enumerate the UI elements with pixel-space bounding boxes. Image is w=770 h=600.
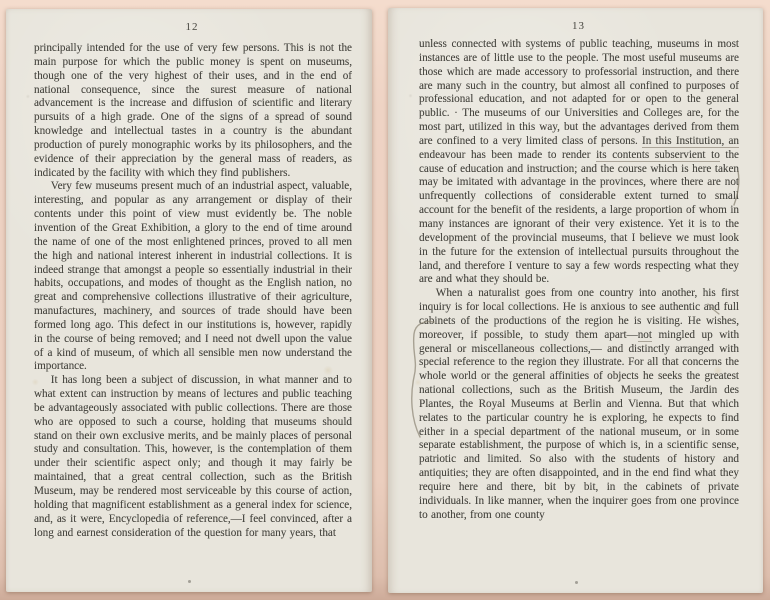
page-number-left: 12 <box>34 21 350 33</box>
signature-mark <box>188 580 191 583</box>
page-13-text: unless connected with systems of public … <box>419 38 739 577</box>
paragraph: principally intended for the use of very… <box>34 42 352 180</box>
pencil-underlined-text: In this Institution, an <box>642 135 739 148</box>
text-segment: Very few museums present much of an indu… <box>34 180 352 372</box>
text-segment: principally intended for the use of very… <box>34 42 352 179</box>
page-12: 12 principally intended for the use of v… <box>6 9 372 592</box>
signature-mark <box>575 581 578 584</box>
text-segment: It has long been a subject of discussion… <box>34 374 352 538</box>
book-scan: 12 principally intended for the use of v… <box>0 0 770 600</box>
paragraph: When a naturalist goes from one country … <box>419 287 739 522</box>
text-segment: mingled up with general or miscellaneous… <box>419 329 739 521</box>
page-12-text: principally intended for the use of very… <box>34 42 352 576</box>
text-segment: the cause of education and instruction; … <box>419 149 739 286</box>
page-13: 13 unless connected with systems of publ… <box>388 8 763 593</box>
text-segment: endeavour has been made to render <box>419 149 596 161</box>
pencil-underlined-text: its contents subservient to <box>596 149 720 162</box>
paragraph: It has long been a subject of discussion… <box>34 374 352 540</box>
paragraph: Very few museums present much of an indu… <box>34 180 352 374</box>
text-segment: unless connected with systems of public … <box>419 38 739 147</box>
paragraph: unless connected with systems of public … <box>419 38 739 287</box>
page-number-right: 13 <box>416 20 741 32</box>
pencil-underlined-text: not <box>638 329 652 342</box>
